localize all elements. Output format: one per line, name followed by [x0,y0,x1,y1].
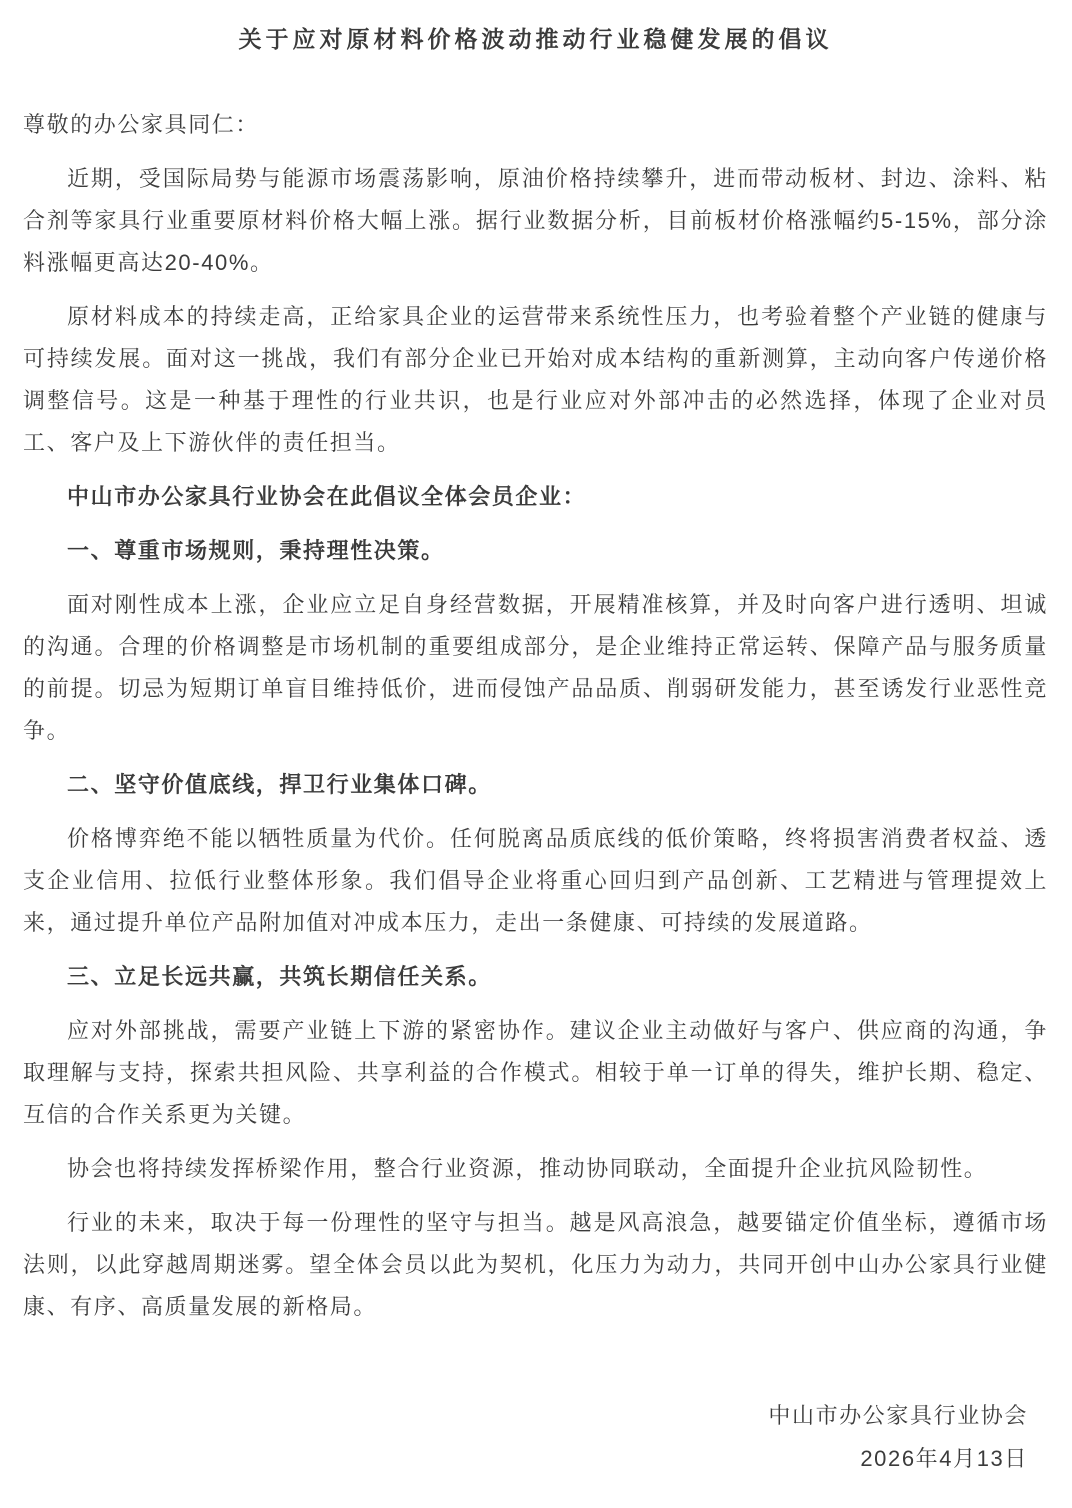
document-title: 关于应对原材料价格波动推动行业稳健发展的倡议 [23,18,1048,60]
section-heading-1: 一、尊重市场规则，秉持理性决策。 [23,530,1048,572]
paragraph-association-lead: 中山市办公家具行业协会在此倡议全体会员企业： [23,476,1048,518]
salutation: 尊敬的办公家具同仁： [23,104,1048,146]
signature-block: 中山市办公家具行业协会 2026年4月13日 [23,1394,1048,1480]
paragraph-section-2: 价格博弈绝不能以牺牲质量为代价。任何脱离品质底线的低价策略，终将损害消费者权益、… [23,818,1048,944]
paragraph-closing: 行业的未来，取决于每一份理性的坚守与担当。越是风高浪急，越要锚定价值坐标，遵循市… [23,1202,1048,1328]
signature-date: 2026年4月13日 [23,1437,1028,1480]
paragraph-section-1: 面对刚性成本上涨，企业应立足自身经营数据，开展精准核算，并及时向客户进行透明、坦… [23,584,1048,752]
section-heading-3: 三、立足长远共赢，共筑长期信任关系。 [23,956,1048,998]
document-page: 关于应对原材料价格波动推动行业稳健发展的倡议 尊敬的办公家具同仁： 近期，受国际… [0,0,1072,1508]
paragraph-section-3: 应对外部挑战，需要产业链上下游的紧密协作。建议企业主动做好与客户、供应商的沟通，… [23,1010,1048,1136]
paragraph-intro-prices: 近期，受国际局势与能源市场震荡影响，原油价格持续攀升，进而带动板材、封边、涂料、… [23,158,1048,284]
paragraph-association-role: 协会也将持续发挥桥梁作用，整合行业资源，推动协同联动，全面提升企业抗风险韧性。 [23,1148,1048,1190]
signature-organization: 中山市办公家具行业协会 [23,1394,1028,1437]
paragraph-cost-pressure: 原材料成本的持续走高，正给家具企业的运营带来系统性压力，也考验着整个产业链的健康… [23,296,1048,464]
section-heading-2: 二、坚守价值底线，捍卫行业集体口碑。 [23,764,1048,806]
